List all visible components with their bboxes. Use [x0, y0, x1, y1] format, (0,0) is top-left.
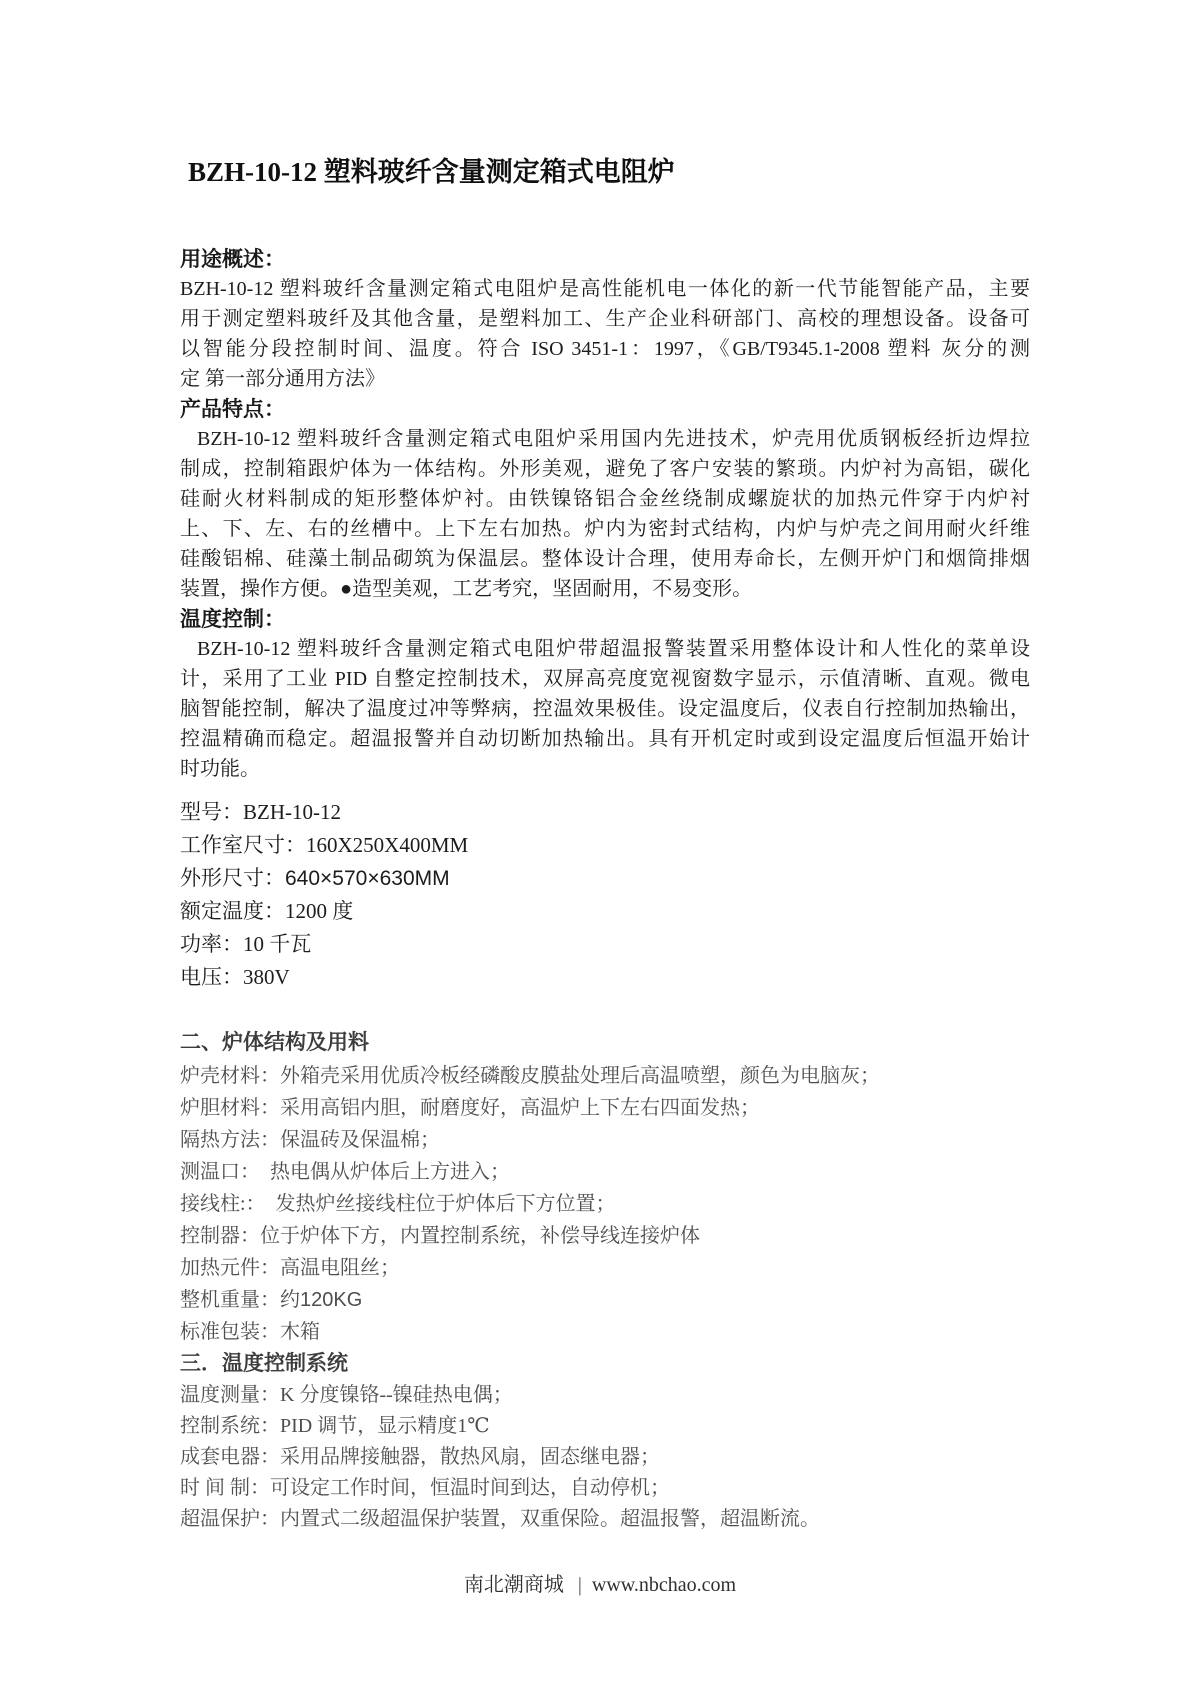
spec-value: 640×570×630MM: [285, 867, 450, 890]
features-heading: 产品特点：: [180, 394, 1030, 424]
structure-value: 发热炉丝接线柱位于炉体后下方位置；: [256, 1193, 616, 1215]
document-title: BZH-10-12 塑料玻纤含量测定箱式电阻炉: [188, 152, 1030, 192]
temp-control-paragraph: BZH-10-12 塑料玻纤含量测定箱式电阻炉带超温报警装置采用整体设计和人性化…: [180, 634, 1030, 784]
structure-heading: 二、炉体结构及用料: [180, 1026, 1030, 1060]
features-paragraph: BZH-10-12 塑料玻纤含量测定箱式电阻炉采用国内先进技术，炉壳用优质钢板经…: [180, 424, 1030, 604]
structure-label: 炉胆材料：: [180, 1097, 280, 1119]
spec-value: 380V: [243, 965, 290, 989]
usage-line: 以智能分段控制时间、温度。符合 ISO 3451-1：1997，《GB/T934…: [180, 334, 1030, 364]
structure-label: 炉壳材料：: [180, 1065, 280, 1087]
spec-row-rated-temp: 额定温度：1200 度: [180, 895, 1030, 928]
spec-label: 工作室尺寸：: [180, 833, 306, 857]
document-page: BZH-10-12 塑料玻纤含量测定箱式电阻炉 用途概述： BZH-10-12 …: [0, 0, 1200, 1697]
structure-value: 采用高铝内胆，耐磨度好，高温炉上下左右四面发热；: [280, 1097, 760, 1119]
section-structure: 二、炉体结构及用料 炉壳材料：外箱壳采用优质冷板经磷酸皮膜盐处理后高温喷塑，颜色…: [180, 1026, 1030, 1348]
structure-row-terminals: 接线柱:： 发热炉丝接线柱位于炉体后下方位置；: [180, 1188, 1030, 1220]
features-line: 上、下、左、右的丝槽中。上下左右加热。炉内为密封式结构，内炉与炉壳之间用耐火纤维: [180, 514, 1030, 544]
temp-system-label: 时 间 制：: [180, 1477, 270, 1499]
temp-system-label: 成套电器：: [180, 1446, 280, 1468]
features-line: 硅耐火材料制成的矩形整体炉衬。由铁镍铬铝合金丝绕制成螺旋状的加热元件穿于内炉衬: [180, 484, 1030, 514]
structure-label: 加热元件：: [180, 1257, 280, 1279]
structure-label: 标准包装：: [180, 1321, 280, 1343]
temp-system-value: 采用品牌接触器，散热风扇，固态继电器；: [280, 1446, 660, 1468]
structure-label: 隔热方法：: [180, 1129, 280, 1151]
temp-system-label: 温度测量：: [180, 1384, 280, 1406]
features-line: BZH-10-12 塑料玻纤含量测定箱式电阻炉采用国内先进技术，炉壳用优质钢板经…: [180, 424, 1030, 454]
temp-system-row-electrics: 成套电器：采用品牌接触器，散热风扇，固态继电器；: [180, 1442, 1030, 1473]
features-line: 硅酸铝棉、硅藻土制品砌筑为保温层。整体设计合理，使用寿命长，左侧开炉门和烟筒排烟: [180, 544, 1030, 574]
document-content: BZH-10-12 塑料玻纤含量测定箱式电阻炉 用途概述： BZH-10-12 …: [180, 152, 1030, 1535]
spec-row-voltage: 电压：380V: [180, 961, 1030, 994]
features-line: 制成，控制箱跟炉体为一体结构。外形美观，避免了客户安装的繁琐。内炉衬为高铝，碳化: [180, 454, 1030, 484]
structure-row-controller: 控制器：位于炉体下方，内置控制系统，补偿导线连接炉体: [180, 1220, 1030, 1252]
usage-line: BZH-10-12 塑料玻纤含量测定箱式电阻炉是高性能机电一体化的新一代节能智能…: [180, 274, 1030, 304]
temp-control-line: 计，采用了工业 PID 自整定控制技术，双屏高亮度宽视窗数字显示，示值清晰、直观…: [180, 664, 1030, 694]
structure-value: 位于炉体下方，内置控制系统，补偿导线连接炉体: [260, 1225, 700, 1247]
structure-value: 外箱壳采用优质冷板经磷酸皮膜盐处理后高温喷塑，颜色为电脑灰；: [280, 1065, 880, 1087]
temp-control-line: BZH-10-12 塑料玻纤含量测定箱式电阻炉带超温报警装置采用整体设计和人性化…: [180, 634, 1030, 664]
spec-row-outer-size: 外形尺寸：640×570×630MM: [180, 862, 1030, 895]
footer-separator: |: [578, 1574, 582, 1596]
usage-heading: 用途概述：: [180, 244, 1030, 274]
spec-label: 型号：: [180, 800, 243, 824]
structure-label: 整机重量：: [180, 1289, 280, 1311]
temp-system-row-control: 控制系统：PID 调节，显示精度1℃: [180, 1411, 1030, 1442]
structure-value: 热电偶从炉体后上方进入；: [250, 1161, 510, 1183]
page-footer: 南北潮商城|www.nbchao.com: [0, 1572, 1200, 1598]
spec-value: 160X250X400MM: [306, 833, 468, 857]
structure-row-weight: 整机重量：约120KG: [180, 1284, 1030, 1316]
spec-value: 10 千瓦: [243, 932, 311, 956]
structure-label: 接线柱:：: [180, 1193, 256, 1215]
features-line: 装置，操作方便。●造型美观，工艺考究，坚固耐用，不易变形。: [180, 574, 1030, 604]
spec-value: BZH-10-12: [243, 800, 341, 824]
temp-system-row-measurement: 温度测量：K 分度镍铬--镍硅热电偶；: [180, 1380, 1030, 1411]
temp-system-heading: 三．温度控制系统: [180, 1348, 1030, 1380]
temp-control-line: 时功能。: [180, 754, 1030, 784]
spec-label: 电压：: [180, 965, 243, 989]
structure-value: 木箱: [280, 1321, 320, 1343]
structure-row-temp-port: 测温口： 热电偶从炉体后上方进入；: [180, 1156, 1030, 1188]
structure-row-packing: 标准包装：木箱: [180, 1316, 1030, 1348]
section-features: 产品特点： BZH-10-12 塑料玻纤含量测定箱式电阻炉采用国内先进技术，炉壳…: [180, 394, 1030, 604]
footer-url: www.nbchao.com: [592, 1574, 736, 1596]
structure-label: 测温口：: [180, 1161, 250, 1183]
basic-specs: 型号：BZH-10-12 工作室尺寸：160X250X400MM 外形尺寸：64…: [180, 796, 1030, 994]
section-temp-control: 温度控制： BZH-10-12 塑料玻纤含量测定箱式电阻炉带超温报警装置采用整体…: [180, 604, 1030, 784]
temp-system-value: PID 调节，显示精度1℃: [280, 1415, 490, 1437]
structure-row-heating-element: 加热元件：高温电阻丝；: [180, 1252, 1030, 1284]
structure-label: 控制器：: [180, 1225, 260, 1247]
spec-row-chamber-size: 工作室尺寸：160X250X400MM: [180, 829, 1030, 862]
spec-label: 功率：: [180, 932, 243, 956]
spec-label: 额定温度：: [180, 899, 285, 923]
structure-value: 保温砖及保温棉；: [280, 1129, 440, 1151]
structure-row-shell: 炉壳材料：外箱壳采用优质冷板经磷酸皮膜盐处理后高温喷塑，颜色为电脑灰；: [180, 1060, 1030, 1092]
usage-line: 用于测定塑料玻纤及其他含量，是塑料加工、生产企业科研部门、高校的理想设备。设备可: [180, 304, 1030, 334]
structure-value: 约120KG: [280, 1289, 362, 1311]
temp-system-label: 超温保护：: [180, 1508, 280, 1530]
temp-system-row-overtemp: 超温保护：内置式二级超温保护装置，双重保险。超温报警，超温断流。: [180, 1504, 1030, 1535]
spec-value: 1200 度: [285, 899, 353, 923]
spec-row-model: 型号：BZH-10-12: [180, 796, 1030, 829]
structure-value: 高温电阻丝；: [280, 1257, 400, 1279]
structure-row-liner: 炉胆材料：采用高铝内胆，耐磨度好，高温炉上下左右四面发热；: [180, 1092, 1030, 1124]
spec-row-power: 功率：10 千瓦: [180, 928, 1030, 961]
section-temp-system: 三．温度控制系统 温度测量：K 分度镍铬--镍硅热电偶； 控制系统：PID 调节…: [180, 1348, 1030, 1535]
temp-control-line: 控温精确而稳定。超温报警并自动切断加热输出。具有开机定时或到设定温度后恒温开始计: [180, 724, 1030, 754]
usage-line: 定 第一部分通用方法》: [180, 364, 1030, 394]
temp-system-label: 控制系统：: [180, 1415, 280, 1437]
section-usage: 用途概述： BZH-10-12 塑料玻纤含量测定箱式电阻炉是高性能机电一体化的新…: [180, 244, 1030, 394]
footer-site-name: 南北潮商城: [464, 1574, 564, 1596]
structure-row-insulation: 隔热方法：保温砖及保温棉；: [180, 1124, 1030, 1156]
spec-label: 外形尺寸：: [180, 866, 285, 890]
temp-system-value: 内置式二级超温保护装置，双重保险。超温报警，超温断流。: [280, 1508, 820, 1530]
temp-system-row-timer: 时 间 制：可设定工作时间，恒温时间到达，自动停机；: [180, 1473, 1030, 1504]
temp-control-line: 脑智能控制，解决了温度过冲等弊病，控温效果极佳。设定温度后，仪表自行控制加热输出…: [180, 694, 1030, 724]
temp-system-value: K 分度镍铬--镍硅热电偶；: [280, 1384, 513, 1406]
temp-system-value: 可设定工作时间，恒温时间到达，自动停机；: [270, 1477, 670, 1499]
temp-control-heading: 温度控制：: [180, 604, 1030, 634]
usage-paragraph: BZH-10-12 塑料玻纤含量测定箱式电阻炉是高性能机电一体化的新一代节能智能…: [180, 274, 1030, 394]
